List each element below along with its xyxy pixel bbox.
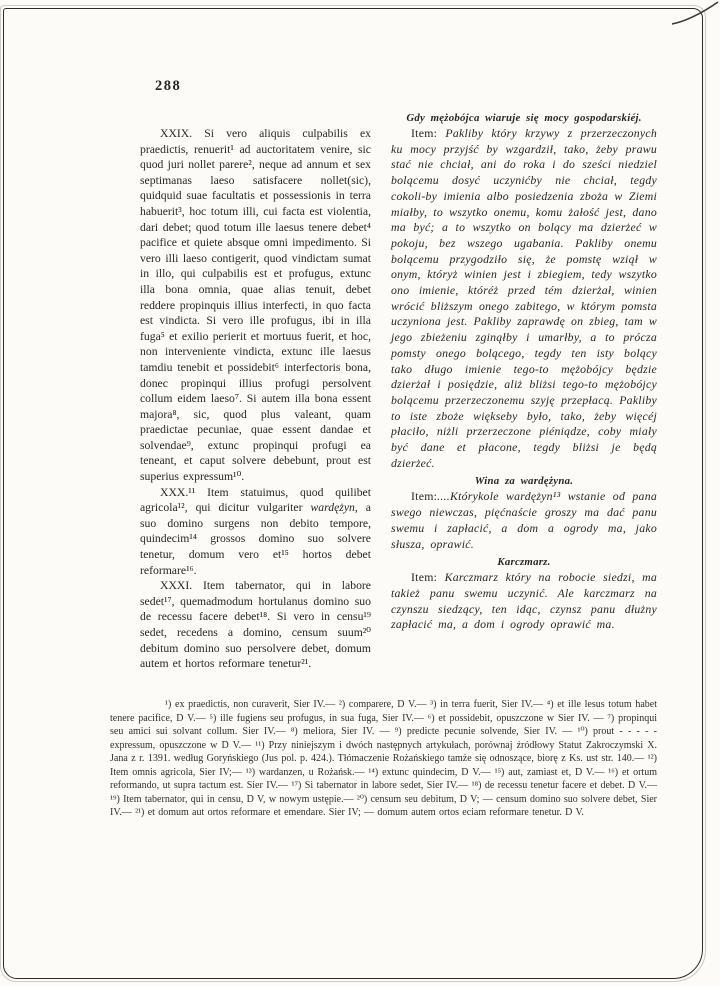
page-number: 288 [155, 78, 181, 95]
page-curl-mark [670, 0, 720, 26]
paragraph-xxix: XXIX. Si vero aliquis culpabilis ex prae… [140, 126, 371, 485]
item-label: Item: [411, 570, 437, 584]
paragraph-xxx-vernacular-term: wardężyn [311, 501, 355, 514]
scanned-book-page: 288 XXIX. Si vero aliquis culpabilis ex … [0, 0, 720, 986]
paragraph-xxx: XXX.¹¹ Item statuimus, quod quilibet agr… [140, 485, 371, 579]
section-heading-mezobojca: Gdy mężobójca wiaruje się mocy gospodars… [391, 111, 657, 125]
footnotes-block: ¹) ex praedictis, non curaverit, Sier IV… [110, 698, 657, 820]
section-heading-wina-za-wardezyna: Wina za wardężyna. [391, 474, 657, 488]
latin-column: XXIX. Si vero aliquis culpabilis ex prae… [140, 108, 371, 672]
item-label: Item: [411, 126, 437, 140]
paragraph-xxxi: XXXI. Item tabernator, qui in labore sed… [140, 578, 371, 672]
two-column-text: XXIX. Si vero aliquis culpabilis ex prae… [140, 108, 657, 672]
section-heading-karczmarz: Karczmarz. [391, 555, 657, 569]
item-text: Pakliby który krzywy z przerzeczonych ku… [391, 126, 657, 470]
paragraph-item-mezobojca: Item: Pakliby który krzywy z przerzeczon… [391, 126, 657, 471]
polish-column: Gdy mężobójca wiaruje się mocy gospodars… [391, 108, 657, 672]
paragraph-item-karczmarz: Item: Karczmarz który na robocie siedzi,… [391, 570, 657, 633]
paragraph-item-wardezyn: Item:....Którykole wardężyn¹³ wstanie od… [391, 489, 657, 552]
item-label: Item: [411, 489, 437, 503]
